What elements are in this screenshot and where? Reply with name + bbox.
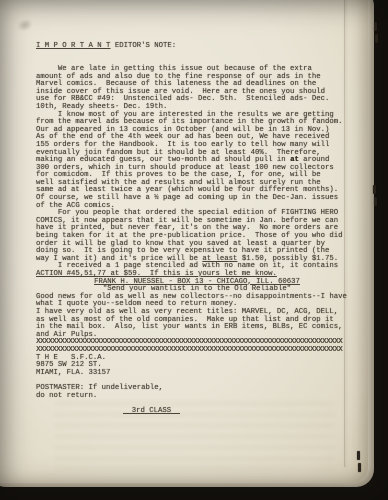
document-line xyxy=(36,400,358,408)
heading-emphasized: I M P O R T A N T xyxy=(36,42,110,50)
staple-mark xyxy=(358,463,361,472)
document-lines: We are late in getting this issue out be… xyxy=(36,66,358,415)
document-line: 3rd CLASS xyxy=(36,408,358,416)
staple-mark xyxy=(357,451,360,460)
document-text: I M P O R T A N T EDITOR'S NOTE: We are … xyxy=(36,28,358,430)
document-line: MIAMI, FLA. 33157 xyxy=(36,370,358,378)
staple-mark xyxy=(374,197,377,206)
staple-mark xyxy=(375,34,378,43)
heading-rest: EDITOR'S NOTE: xyxy=(110,42,176,50)
staple-mark xyxy=(374,22,377,31)
editors-note-heading: I M P O R T A N T EDITOR'S NOTE: xyxy=(36,43,358,51)
document-line: do not return. xyxy=(36,393,358,401)
staple-mark xyxy=(373,185,376,194)
photo-background: I M P O R T A N T EDITOR'S NOTE: We are … xyxy=(0,0,388,500)
